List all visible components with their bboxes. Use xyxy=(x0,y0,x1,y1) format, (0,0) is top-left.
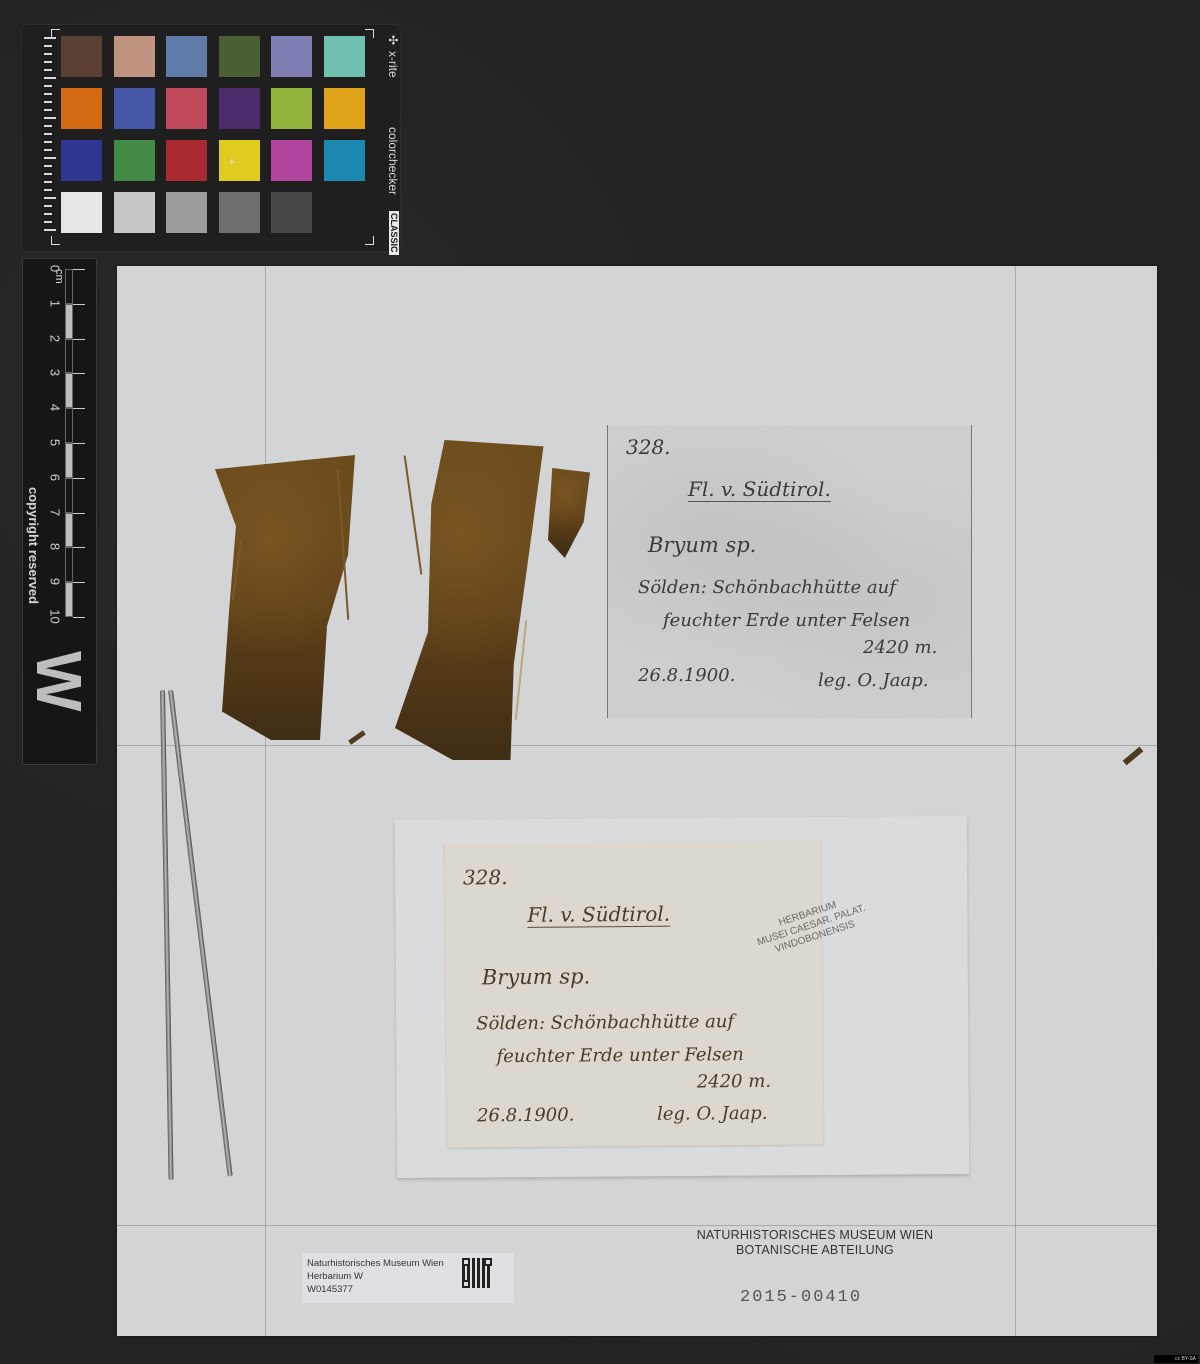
scale-segment xyxy=(65,582,73,617)
fold-line xyxy=(117,1225,1157,1226)
scale-number: 1 xyxy=(48,295,63,311)
scale-segment xyxy=(65,547,73,582)
scale-number: 7 xyxy=(48,504,63,520)
color-patch xyxy=(166,88,207,129)
color-patch xyxy=(166,192,207,233)
license-badge: cc BY-SA xyxy=(1154,1355,1198,1363)
scale-segment xyxy=(65,408,73,443)
scale-tick xyxy=(73,269,85,270)
flora-title: Fl. v. Südtirol. xyxy=(527,902,670,928)
scale-tick xyxy=(73,373,85,374)
elevation: 2420 m. xyxy=(697,1071,772,1093)
institution-name: Naturhistorisches Museum Wien xyxy=(307,1258,444,1270)
color-patch xyxy=(219,88,260,129)
color-patch xyxy=(114,88,155,129)
color-checker-card: + ✣ x-rite colorchecker CLASSIC xyxy=(22,25,400,251)
scale-number: 5 xyxy=(48,435,63,451)
department-name: BOTANISCHE ABTEILUNG xyxy=(680,1243,950,1258)
registration-corner xyxy=(51,29,60,38)
color-patch xyxy=(114,140,155,181)
scale-tick xyxy=(73,582,85,583)
scale-tick xyxy=(73,304,85,305)
catalog-number: W0145377 xyxy=(307,1284,353,1296)
locality-line-1: Sölden: Schönbachhütte auf xyxy=(476,1011,734,1034)
scale-segment xyxy=(65,478,73,513)
edition-badge: CLASSIC xyxy=(389,211,399,255)
collection-date: 26.8.1900. xyxy=(477,1105,575,1127)
fold-line xyxy=(117,745,1157,746)
locality-line-2: feuchter Erde unter Felsen xyxy=(663,610,910,631)
scale-number: 3 xyxy=(48,365,63,381)
photocopied-label: 328. Fl. v. Südtirol. Bryum sp. Sölden: … xyxy=(607,425,972,718)
barcode-label: Naturhistorisches Museum Wien Herbarium … xyxy=(302,1253,514,1303)
crosshair-icon: + xyxy=(228,155,236,168)
taxon-name: Bryum sp. xyxy=(482,964,591,989)
collection-date: 26.8.1900. xyxy=(638,665,735,686)
registration-corner xyxy=(51,236,60,245)
product-name: colorchecker xyxy=(386,127,400,195)
color-patch xyxy=(324,36,365,77)
color-patch xyxy=(219,192,260,233)
scale-number: 2 xyxy=(48,330,63,346)
color-patch xyxy=(271,88,312,129)
color-patch xyxy=(114,36,155,77)
collector: leg. O. Jaap. xyxy=(818,670,928,691)
scale-segment xyxy=(65,269,73,304)
xrite-logo-icon: ✣ xyxy=(386,35,400,45)
color-patch xyxy=(114,192,155,233)
scale-tick xyxy=(73,339,85,340)
color-patch xyxy=(219,140,260,181)
color-patch xyxy=(61,36,102,77)
registration-corner xyxy=(365,236,374,245)
museum-name: NATURHISTORISCHES MUSEUM WIEN xyxy=(680,1228,950,1243)
fold-line xyxy=(1015,266,1016,1336)
accession-number: 2015-00410 xyxy=(740,1288,862,1307)
taxon-name: Bryum sp. xyxy=(648,533,756,557)
scale-number: 9 xyxy=(48,574,63,590)
registration-corner xyxy=(365,29,374,38)
color-patch xyxy=(271,140,312,181)
scale-segment xyxy=(65,443,73,478)
brand-name: x-rite xyxy=(386,51,400,78)
scale-number: 8 xyxy=(48,539,63,555)
fold-line xyxy=(265,266,266,1336)
scale-tick xyxy=(73,478,85,479)
original-label: 328. Fl. v. Südtirol. Bryum sp. Sölden: … xyxy=(445,840,824,1147)
elevation: 2420 m. xyxy=(863,637,937,658)
scale-tick xyxy=(73,408,85,409)
copyright-text: copyright reserved xyxy=(26,487,41,604)
unit-label: cm xyxy=(53,269,65,284)
herbarium-name: Herbarium W xyxy=(307,1271,363,1283)
scale-number: 10 xyxy=(48,609,63,625)
locality-line-1: Sölden: Schönbachhütte auf xyxy=(638,577,896,598)
color-patch xyxy=(271,192,312,233)
scale-number: 4 xyxy=(48,400,63,416)
checker-branding: ✣ x-rite colorchecker CLASSIC xyxy=(382,35,402,245)
color-patch xyxy=(324,140,365,181)
color-patch xyxy=(166,36,207,77)
scale-segment xyxy=(65,373,73,408)
scale-tick xyxy=(73,617,85,618)
scale-bar: 012345678910 cm copyright reserved W xyxy=(22,258,97,765)
scale-number: 6 xyxy=(48,469,63,485)
flora-title: Fl. v. Südtirol. xyxy=(688,477,831,502)
color-patch xyxy=(166,140,207,181)
color-patch xyxy=(271,36,312,77)
scale-tick xyxy=(73,547,85,548)
collector: leg. O. Jaap. xyxy=(657,1103,768,1125)
scale-segment xyxy=(65,513,73,548)
color-patch xyxy=(61,192,102,233)
locality-line-2: feuchter Erde unter Felsen xyxy=(496,1044,743,1067)
collection-number: 328. xyxy=(626,435,671,459)
scale-segment xyxy=(65,304,73,339)
color-patch xyxy=(324,88,365,129)
scale-tick xyxy=(73,513,85,514)
museum-w-logo: W xyxy=(29,651,89,711)
qr-code-icon xyxy=(462,1258,492,1288)
color-patch xyxy=(324,192,365,233)
museum-stamp: NATURHISTORISCHES MUSEUM WIEN BOTANISCHE… xyxy=(680,1228,950,1258)
color-patch xyxy=(219,36,260,77)
scale-segment xyxy=(65,339,73,374)
color-patch xyxy=(61,140,102,181)
collection-number: 328. xyxy=(463,865,508,889)
scale-tick xyxy=(73,443,85,444)
mm-ruler xyxy=(44,37,58,237)
color-patch xyxy=(61,88,102,129)
